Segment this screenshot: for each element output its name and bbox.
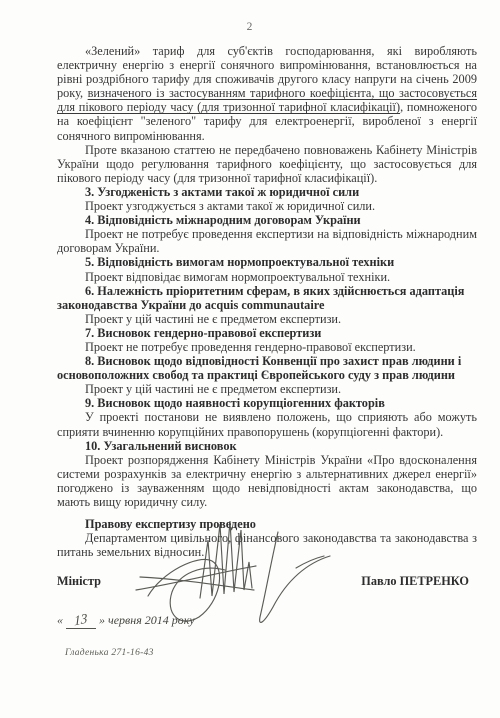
intro-paragraph-2: Проте вказаною статтею не передбачено по… [57,143,477,185]
section-4-heading: 4. Відповідність міжнародним договорам У… [57,213,477,227]
document-body: «Зелений» тариф для суб'єктів господарюв… [57,44,477,629]
section-10-heading: 10. Узагальнений висновок [57,439,477,453]
section-8-heading: 8. Висновок щодо відповідності Конвенції… [57,354,477,382]
signing-row: Міністр Павло ПЕТРЕНКО [57,574,477,588]
date-open-quote: « [57,613,63,627]
section-6-body: Проект у цій частині не є предметом експ… [57,312,477,326]
legal-review-heading: Правову експертизу проведено [57,517,477,531]
legal-review-body: Департаментом цивільного, фінансового за… [57,531,477,559]
section-4-body: Проект не потребує проведення експертизи… [57,227,477,255]
document-page: 2 «Зелений» тариф для суб'єктів господар… [0,0,500,718]
section-10-body: Проект розпорядження Кабінету Міністрів … [57,453,477,509]
intro-paragraph-1: «Зелений» тариф для суб'єктів господарюв… [57,44,477,143]
section-5-body: Проект відповідає вимогам нормопроектува… [57,270,477,284]
executor-reference: Гладенька 271-16-43 [65,648,154,658]
section-7-body: Проект не потребує проведення гендерно-п… [57,340,477,354]
handwritten-day: 13 [74,612,88,629]
section-3-body: Проект узгоджується з актами такої ж юри… [57,199,477,213]
section-6-heading: 6. Належність пріоритетним сферам, в яки… [57,284,477,312]
section-3-heading: 3. Узгодженість з актами такої ж юридичн… [57,185,477,199]
date-text: червня 2014 року [108,613,195,627]
section-8-body: Проект у цій частині не є предметом експ… [57,382,477,396]
page-number: 2 [0,21,500,33]
date-close-quote: » [99,613,105,627]
minister-name: Павло ПЕТРЕНКО [361,574,477,588]
date-line: «13» червня 2014 року [57,613,477,628]
minister-title: Міністр [57,574,101,588]
section-9-heading: 9. Висновок щодо наявності корупціогенни… [57,396,477,410]
section-5-heading: 5. Відповідність вимогам нормопроектувал… [57,255,477,269]
section-9-body: У проекті постанови не виявлено положень… [57,410,477,438]
section-7-heading: 7. Висновок гендерно-правової експертизи [57,326,477,340]
handwritten-day-slot: 13 [66,613,96,628]
